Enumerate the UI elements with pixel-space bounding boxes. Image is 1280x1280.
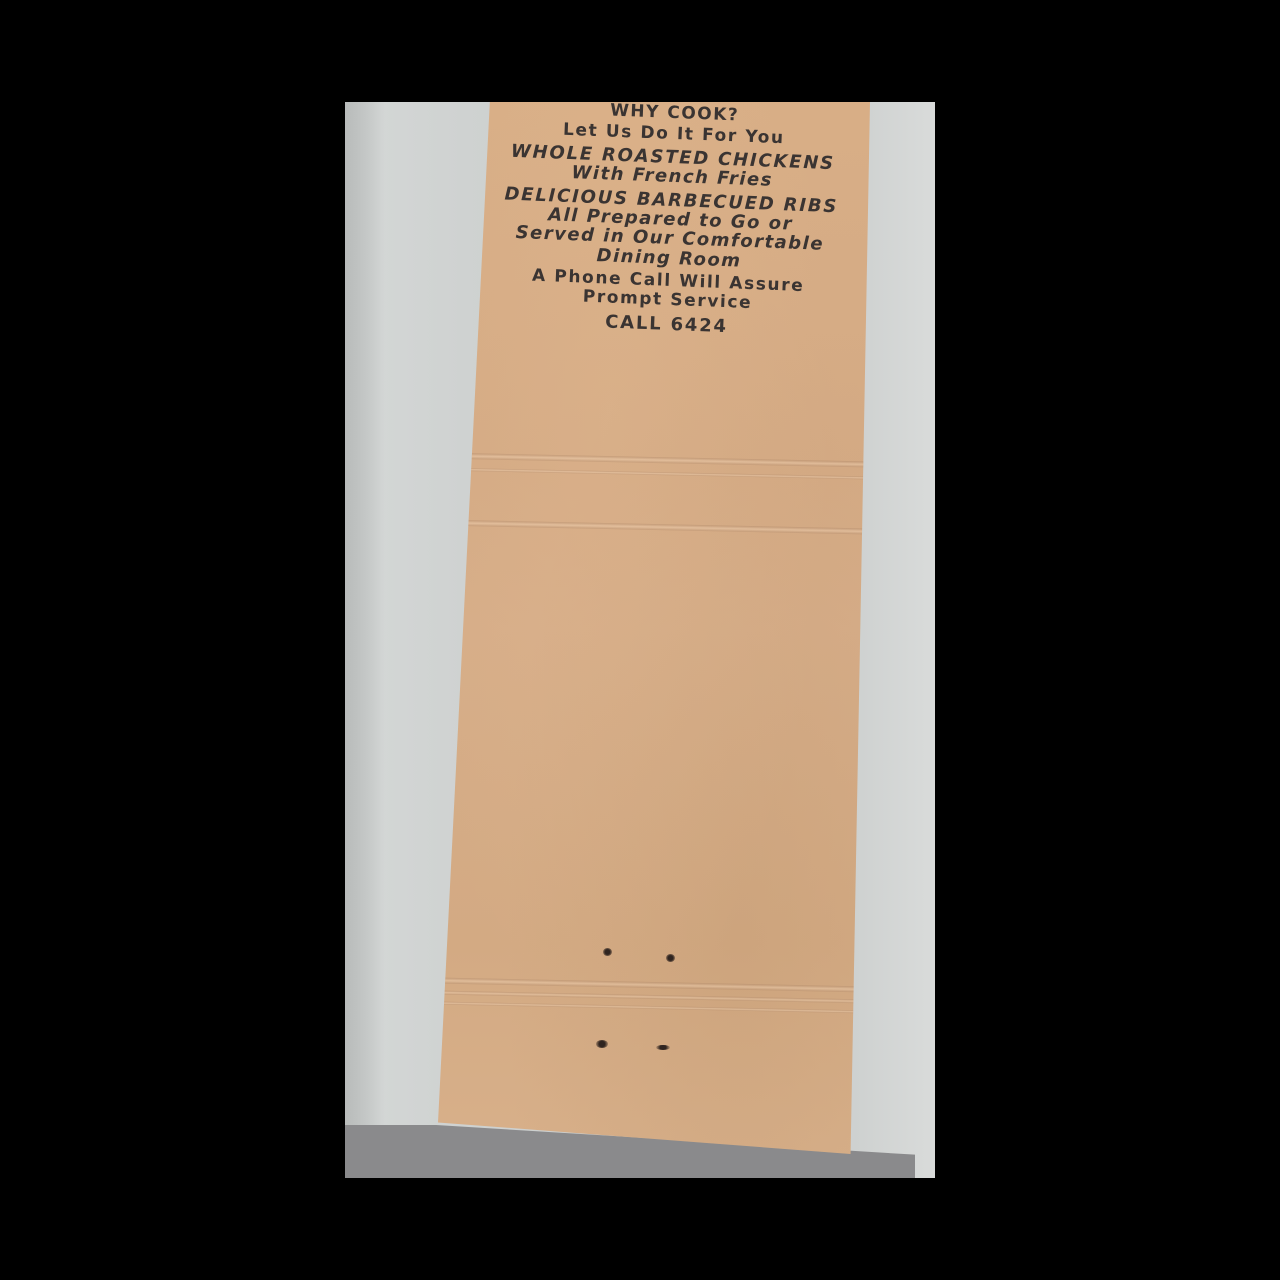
scanner-shadow <box>345 102 385 1178</box>
staple-hole-icon <box>666 954 675 962</box>
fold-crease <box>438 452 870 467</box>
fold-crease <box>438 519 870 534</box>
striker-fold-crease <box>438 1001 870 1013</box>
staple-hole-icon <box>603 948 612 956</box>
advertisement-copy: WHY COOK? Let Us Do It For You WHOLE ROA… <box>486 97 855 341</box>
staple-mark-icon <box>596 1040 608 1048</box>
striker-fold-crease <box>438 977 870 992</box>
fold-crease <box>438 467 870 479</box>
striker-fold-crease <box>438 990 870 1003</box>
staple-mark-icon <box>656 1045 670 1050</box>
